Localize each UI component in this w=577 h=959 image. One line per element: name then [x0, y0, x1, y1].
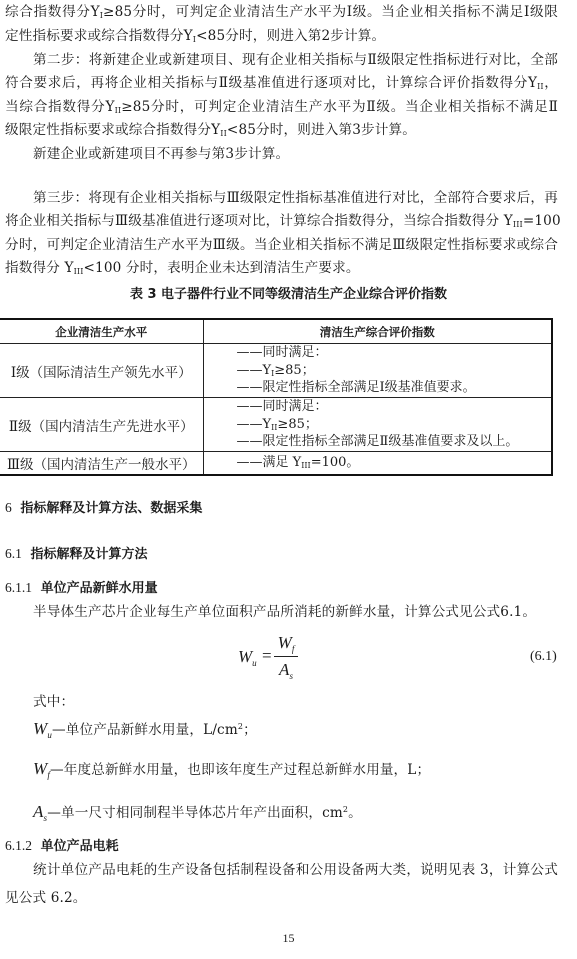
section-number: 6.1 — [5, 546, 22, 561]
paragraph-line: 将企业相关指标与Ⅲ级基准值进行逐项对比，计算综合指数得分，当综合指数得分 YII… — [5, 212, 558, 230]
paragraph-line: 第三步：将现有企业相关指标与Ⅲ级限定性指标基准值进行对比，全部符合要求后，再 — [33, 189, 558, 207]
text: 指数得分 Y — [5, 260, 74, 276]
table-row: Ⅰ级（国际清洁生产领先水平） ——同时满足： ——YI≥85； ——限定性指标全… — [0, 344, 552, 398]
table-header-level: 企业清洁生产水平 — [0, 319, 203, 344]
subscript: f — [292, 644, 295, 654]
text: 将企业相关指标与Ⅲ级基准值进行逐项对比，计算综合指数得分，当综合指数得分 Y — [5, 213, 513, 229]
subscript: II — [220, 129, 227, 138]
criteria-line: ——YI≥85； — [237, 362, 552, 380]
subscript: s — [289, 671, 293, 681]
fraction-bar — [274, 656, 298, 657]
section-heading-6: 6 指标解释及计算方法、数据采集 — [5, 499, 202, 518]
paragraph-line: 新建企业或新建项目不再参与第3步计算。 — [33, 145, 558, 163]
paragraph-line: 见公式 6.2。 — [5, 889, 558, 907]
symbol: W — [238, 647, 252, 666]
table-header-index: 清洁生产综合评价指数 — [203, 319, 552, 344]
equals-sign: = — [262, 646, 272, 666]
section-number: 6.1.2 — [5, 838, 32, 853]
text: ≥85； — [274, 363, 314, 378]
variable: Wf — [33, 759, 50, 778]
section-heading-6-1: 6.1 指标解释及计算方法 — [5, 545, 147, 564]
table-row: Ⅲ级（国内清洁生产一般水平） ——满足 YIII=100。 — [0, 452, 552, 476]
variable: Wu — [33, 719, 52, 738]
text: <85分时，则进入第2步计算。 — [196, 28, 385, 44]
text: ——Y — [237, 417, 272, 432]
subscript: u — [252, 658, 257, 668]
formula-lhs: Wu — [238, 647, 257, 667]
text: 定性指标要求或综合指数得分Y — [5, 28, 193, 44]
paragraph-line: 符合要求后，再将企业相关指标与Ⅱ级基准值进行逐项对比，计算综合评价指数得分YII… — [5, 74, 558, 92]
text: 当综合指数得分Y — [5, 99, 115, 115]
variable: As — [33, 802, 47, 821]
denominator: As — [274, 659, 298, 681]
criteria-line: ——限定性指标全部满足Ⅰ级基准值要求。 — [237, 379, 552, 397]
text: 。 — [348, 805, 362, 821]
section-heading-6-1-2: 6.1.2 单位产品电耗 — [5, 837, 119, 856]
symbol: W — [278, 633, 292, 652]
symbol: W — [33, 759, 47, 778]
criteria-line: ——同时满足： — [237, 398, 552, 416]
level-cell: Ⅲ级（国内清洁生产一般水平） — [0, 452, 203, 476]
section-heading-6-1-1: 6.1.1 单位产品新鲜水用量 — [5, 579, 158, 598]
text: ——满足 Y — [237, 455, 302, 470]
text: 级限定性指标要求或综合指数得分Y — [5, 122, 220, 138]
text: ≥85； — [277, 417, 317, 432]
symbol: A — [279, 660, 289, 679]
subscript: III — [74, 267, 84, 276]
paragraph-line: 统计单位产品电耗的生产设备包括制程设备和公用设备两大类，说明见表 3，计算公式 — [33, 861, 558, 879]
level-cell: Ⅰ级（国际清洁生产领先水平） — [0, 344, 203, 398]
subscript: III — [513, 220, 523, 229]
paragraph-line: 当综合指数得分YII≥85分时，可判定企业清洁生产水平为Ⅱ级。当企业相关指标不满… — [5, 98, 558, 116]
definition-line: As—单一尺寸相同制程半导体芯片年产出面积，cm2。 — [33, 803, 558, 822]
criteria-cell: ——满足 YIII=100。 — [203, 452, 552, 476]
text: —单位产品新鲜水用量，L/cm — [52, 722, 238, 738]
text: ， — [544, 75, 558, 91]
evaluation-index-table: 企业清洁生产水平 清洁生产综合评价指数 Ⅰ级（国际清洁生产领先水平） ——同时满… — [0, 318, 553, 476]
paragraph-line: 级限定性指标要求或综合指数得分YII<85分时，则进入第3步计算。 — [5, 121, 558, 139]
section-number: 6.1.1 — [5, 580, 32, 595]
criteria-line: ——YII≥85； — [237, 416, 552, 434]
symbol: W — [33, 719, 47, 738]
text: ——Y — [237, 363, 272, 378]
numerator: Wf — [274, 632, 298, 654]
table-row: Ⅱ级（国内清洁生产先进水平） ——同时满足： ——YII≥85； ——限定性指标… — [0, 398, 552, 452]
section-title: 单位产品电耗 — [41, 839, 119, 854]
paragraph-line: 分时，可判定企业清洁生产水平为Ⅲ级。当企业相关指标不满足Ⅲ级限定性指标要求或综合 — [5, 236, 558, 254]
text: 符合要求后，再将企业相关指标与Ⅱ级基准值进行逐项对比，计算综合评价指数得分Y — [5, 75, 537, 91]
symbol: A — [33, 802, 44, 821]
text: ≥85分时，可判定企业清洁生产水平为Ⅰ级。当企业相关指标不满足Ⅰ级限 — [103, 4, 558, 20]
subscript: II — [537, 82, 544, 91]
section-title: 指标解释及计算方法 — [30, 547, 147, 562]
equation-number: (6.1) — [530, 649, 557, 665]
criteria-cell: ——同时满足： ——YI≥85； ——限定性指标全部满足Ⅰ级基准值要求。 — [203, 344, 552, 398]
paragraph-line: 半导体生产芯片企业每生产单位面积产品所消耗的新鲜水量，计算公式见公式6.1。 — [33, 603, 558, 621]
paragraph-line: 定性指标要求或综合指数得分YI<85分时，则进入第2步计算。 — [5, 27, 558, 45]
table-caption: 表 3 电子器件行业不同等级清洁生产企业综合评价指数 — [0, 286, 577, 304]
criteria-cell: ——同时满足： ——YII≥85； ——限定性指标全部满足Ⅱ级基准值要求及以上。 — [203, 398, 552, 452]
paragraph-line: 综合指数得分YI≥85分时，可判定企业清洁生产水平为Ⅰ级。当企业相关指标不满足Ⅰ… — [5, 3, 558, 21]
fraction: Wf As — [274, 632, 298, 681]
section-number: 6 — [5, 500, 12, 515]
text: 综合指数得分Y — [5, 4, 100, 20]
text: ≥85分时，可判定企业清洁生产水平为Ⅱ级。当企业相关指标不满足Ⅱ — [121, 99, 558, 115]
section-title: 指标解释及计算方法、数据采集 — [20, 501, 202, 516]
text: <85分时，则进入第3步计算。 — [227, 122, 416, 138]
level-cell: Ⅱ级（国内清洁生产先进水平） — [0, 398, 203, 452]
criteria-line: ——同时满足： — [237, 344, 552, 362]
criteria-line: ——满足 YIII=100。 — [237, 454, 552, 472]
text: <100 分时，表明企业未达到清洁生产要求。 — [84, 260, 360, 276]
text: =100 — [523, 213, 561, 229]
where-label: 式中： — [33, 693, 558, 711]
text: ； — [243, 722, 257, 738]
paragraph-line: 第二步：将新建企业或新建项目、现有企业相关指标与Ⅱ级限定性指标进行对比，全部 — [33, 51, 558, 69]
text: =100。 — [311, 455, 360, 470]
section-title: 单位产品新鲜水用量 — [41, 581, 158, 596]
definition-line: Wu—单位产品新鲜水用量，L/cm2； — [33, 720, 558, 739]
text: —年度总新鲜水用量，也即该年度生产过程总新鲜水用量，L； — [50, 762, 430, 778]
paragraph-line: 指数得分 YIII<100 分时，表明企业未达到清洁生产要求。 — [5, 259, 558, 277]
page-number: 15 — [0, 931, 577, 946]
definition-line: Wf—年度总新鲜水用量，也即该年度生产过程总新鲜水用量，L； — [33, 760, 558, 779]
text: —单一尺寸相同制程半导体芯片年产出面积，cm — [47, 805, 343, 821]
subscript: III — [301, 461, 310, 470]
criteria-line: ——限定性指标全部满足Ⅱ级基准值要求及以上。 — [237, 433, 552, 451]
table-header-row: 企业清洁生产水平 清洁生产综合评价指数 — [0, 319, 552, 344]
